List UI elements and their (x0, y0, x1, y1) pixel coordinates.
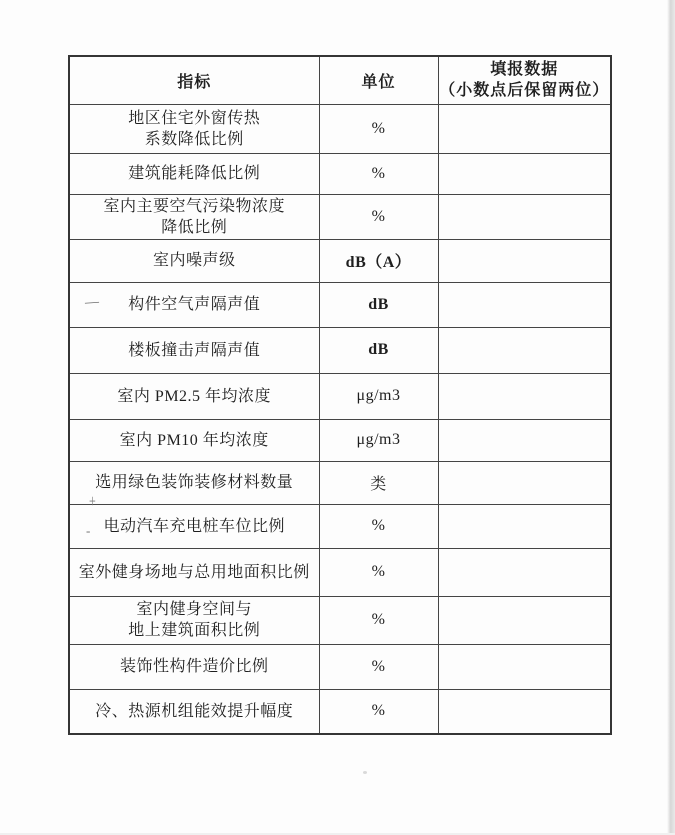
unit-cell: % (319, 548, 438, 596)
header-report-data: 填报数据 （小数点后保留两位） (438, 56, 611, 104)
indicator-cell: 冷、热源机组能效提升幅度 (69, 689, 319, 734)
value-cell (438, 596, 611, 644)
indicator-cell: 地区住宅外窗传热 系数降低比例 (69, 104, 319, 153)
table-row: 室内 PM2.5 年均浓度 μg/m3 (69, 373, 611, 419)
value-cell (438, 282, 611, 327)
table-row: 室内 PM10 年均浓度 μg/m3 (69, 419, 611, 461)
value-cell (438, 153, 611, 194)
scan-edge-right (667, 0, 675, 835)
unit-cell: % (319, 689, 438, 734)
value-cell (438, 419, 611, 461)
header-indicator: 指标 (69, 56, 319, 104)
value-cell (438, 548, 611, 596)
table-row: 室内噪声级 dB（A） (69, 239, 611, 282)
unit-cell: μg/m3 (319, 419, 438, 461)
header-report-data-line1: 填报数据 (439, 59, 611, 80)
scan-speck (363, 771, 367, 774)
indicator-cell: 室内 PM10 年均浓度 (69, 419, 319, 461)
value-cell (438, 689, 611, 734)
table-row: 冷、热源机组能效提升幅度 % (69, 689, 611, 734)
indicator-cell: 装饰性构件造价比例 (69, 644, 319, 689)
value-cell (438, 504, 611, 548)
table-row: 室外健身场地与总用地面积比例 % (69, 548, 611, 596)
header-report-data-line2: （小数点后保留两位） (439, 80, 611, 101)
unit-cell: dB (319, 327, 438, 373)
value-cell (438, 327, 611, 373)
unit-cell: % (319, 104, 438, 153)
unit-cell: 类 (319, 461, 438, 504)
unit-cell: dB (319, 282, 438, 327)
indicator-cell: 建筑能耗降低比例 (69, 153, 319, 194)
indicator-cell: 室内 PM2.5 年均浓度 (69, 373, 319, 419)
table-row: 室内主要空气污染物浓度 降低比例 % (69, 194, 611, 239)
table-row: 楼板撞击声隔声值 dB (69, 327, 611, 373)
header-unit: 单位 (319, 56, 438, 104)
unit-cell: dB（A） (319, 239, 438, 282)
unit-cell: % (319, 194, 438, 239)
table-row: 装饰性构件造价比例 % (69, 644, 611, 689)
indicator-cell: 选用绿色装饰装修材料数量 (69, 461, 319, 504)
indicator-cell: 室内健身空间与 地上建筑面积比例 (69, 596, 319, 644)
table-row: 地区住宅外窗传热 系数降低比例 % (69, 104, 611, 153)
table-row: 室内健身空间与 地上建筑面积比例 % (69, 596, 611, 644)
value-cell (438, 239, 611, 282)
indicator-cell: 楼板撞击声隔声值 (69, 327, 319, 373)
value-cell (438, 194, 611, 239)
indicator-cell: 室内噪声级 (69, 239, 319, 282)
table-row: 构件空气声隔声值 dB (69, 282, 611, 327)
indicator-cell: 电动汽车充电桩车位比例 (69, 504, 319, 548)
unit-cell: μg/m3 (319, 373, 438, 419)
indicator-cell: 室外健身场地与总用地面积比例 (69, 548, 319, 596)
table-header-row: 指标 单位 填报数据 （小数点后保留两位） (69, 56, 611, 104)
report-indicator-table: 指标 单位 填报数据 （小数点后保留两位） 地区住宅外窗传热 系数降低比例 % … (68, 55, 612, 735)
indicator-cell: 室内主要空气污染物浓度 降低比例 (69, 194, 319, 239)
value-cell (438, 104, 611, 153)
unit-cell: % (319, 153, 438, 194)
scanned-document-page: 指标 单位 填报数据 （小数点后保留两位） 地区住宅外窗传热 系数降低比例 % … (0, 0, 675, 835)
indicator-cell: 构件空气声隔声值 (69, 282, 319, 327)
table-row: 建筑能耗降低比例 % (69, 153, 611, 194)
unit-cell: % (319, 644, 438, 689)
table-row: 选用绿色装饰装修材料数量 类 (69, 461, 611, 504)
value-cell (438, 373, 611, 419)
value-cell (438, 644, 611, 689)
unit-cell: % (319, 504, 438, 548)
table-row: 电动汽车充电桩车位比例 % (69, 504, 611, 548)
value-cell (438, 461, 611, 504)
unit-cell: % (319, 596, 438, 644)
